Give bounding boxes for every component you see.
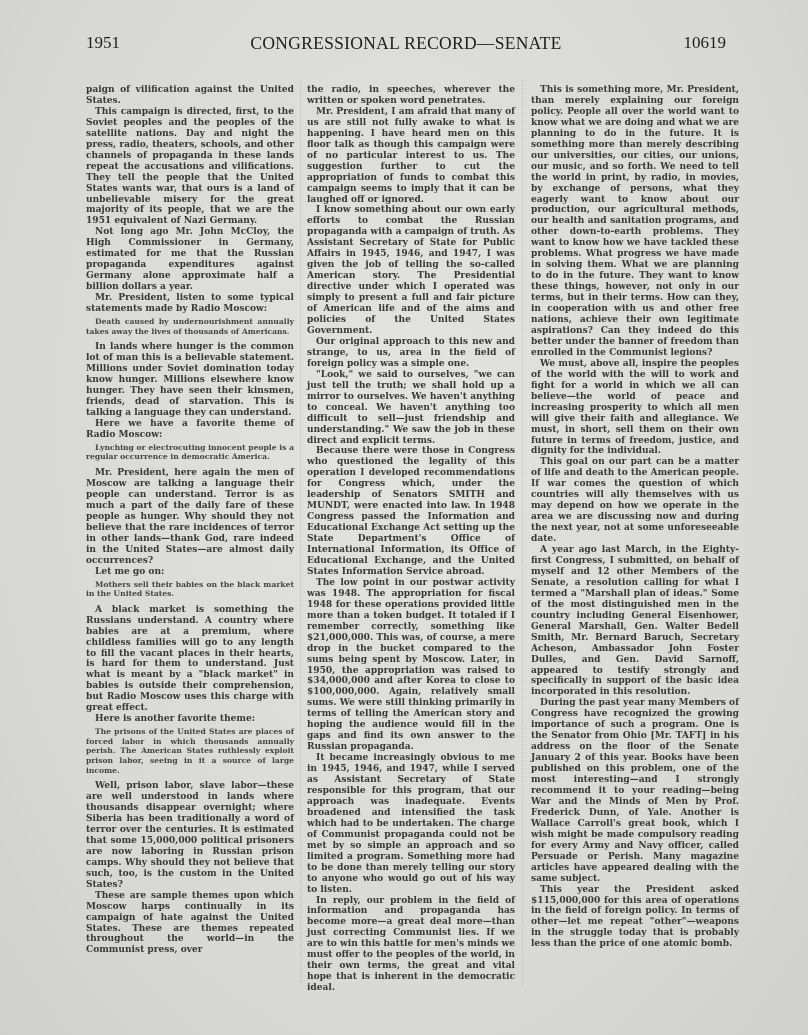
paragraph: Well, prison labor, slave labor—these ar… [86,781,294,891]
column-2: the radio, in speeches, wherever the wri… [307,85,515,994]
column-divider [522,80,524,985]
paragraph: During the past year many Members of Con… [531,698,739,884]
paragraph: These are sample themes upon which Mosco… [86,891,294,957]
column-divider [300,80,302,985]
paragraph: We must, above all, inspire the peoples … [531,359,739,458]
paragraph: Mr. President, I am afraid that many of … [307,107,515,206]
paragraph: Here is another favorite theme: [86,714,294,725]
paragraph: A year ago last March, in the Eighty-fir… [531,545,739,698]
paragraph: Our original approach to this new and st… [307,337,515,370]
column-1: paign of vilification against the United… [86,85,294,956]
paragraph: Let me go on: [86,567,294,578]
page-header: 1951 CONGRESSIONAL RECORD—SENATE 10619 [86,33,726,55]
paragraph: In lands where hunger is the common lot … [86,342,294,419]
paragraph: This campaign is directed, first, to the… [86,107,294,227]
paragraph: This year the President asked $115,000,0… [531,885,739,951]
paragraph: the radio, in speeches, wherever the wri… [307,85,515,107]
quoted-statement: Lynching or electrocuting innocent peopl… [86,443,294,462]
paragraph: In reply, our problem in the field of in… [307,896,515,995]
paragraph: Because there were those in Congress who… [307,446,515,577]
paragraph: This is something more, Mr. President, t… [531,85,739,359]
paragraph: I know something about our own early eff… [307,205,515,336]
paragraph: "Look," we said to ourselves, "we can ju… [307,370,515,447]
paragraph: A black market is something the Russians… [86,605,294,715]
paragraph: It became increasingly obvious to me in … [307,753,515,895]
page-number: 10619 [684,33,727,53]
paragraph: The low point in our postwar activity wa… [307,578,515,753]
newspaper-page: 1951 CONGRESSIONAL RECORD—SENATE 10619 p… [0,0,808,1035]
paragraph: Mr. President, here again the men of Mos… [86,468,294,567]
paragraph: Not long ago Mr. John McCloy, the High C… [86,227,294,293]
quoted-statement: The prisons of the United States are pla… [86,727,294,775]
paragraph: This goal on our part can be a matter of… [531,457,739,545]
paragraph: Mr. President, listen to some typical st… [86,293,294,315]
publication-title: CONGRESSIONAL RECORD—SENATE [86,33,726,54]
quoted-statement: Mothers sell their babies on the black m… [86,580,294,599]
quoted-statement: Death caused by undernourishment annuall… [86,317,294,336]
paragraph: paign of vilification against the United… [86,85,294,107]
paragraph: Here we have a favorite theme of Radio M… [86,419,294,441]
column-3: This is something more, Mr. President, t… [531,85,739,950]
